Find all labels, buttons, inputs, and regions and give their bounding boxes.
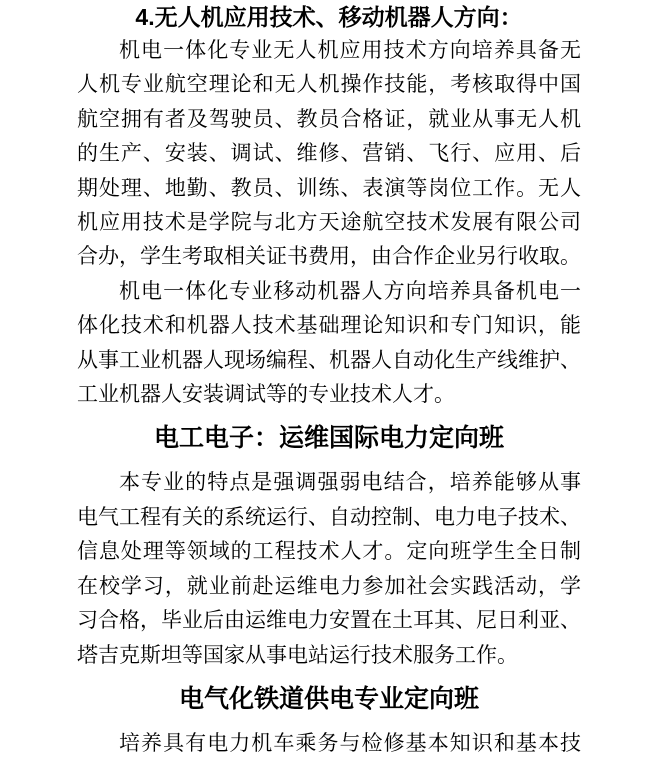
section-heading: 电工电子：运维国际电力定向班 [77,420,581,456]
text-line: 人机专业航空理论和无人机操作技能，考核取得中国 [77,68,581,102]
document-title: 4.无人机应用技术、移动机器人方向： [77,0,581,34]
text-line: 期处理、地勤、教员、训练、表演等岗位工作。无人 [77,172,581,206]
text-line: 合办，学生考取相关证书费用，由合作企业另行收取。 [77,240,581,274]
text-line: 体化技术和机器人技术基础理论知识和专门知识，能 [77,309,581,343]
text-line: 信息处理等领域的工程技术人才。定向班学生全日制 [77,535,581,569]
paragraph: 培养具有电力机车乘务与检修基本知识和基本技 [77,727,581,761]
text-line: 塔吉克斯坦等国家从事电站运行技术服务工作。 [77,639,581,673]
text-line: 本专业的特点是强调强弱电结合，培养能够从事 [77,466,581,500]
paragraph: 机电一体化专业移动机器人方向培养具备机电一体化技术和机器人技术基础理论知识和专门… [77,275,581,413]
text-line: 培养具有电力机车乘务与检修基本知识和基本技 [77,727,581,761]
text-line: 电气工程有关的系统运行、自动控制、电力电子技术、 [77,501,581,535]
text-line: 机应用技术是学院与北方天途航空技术发展有限公司 [77,206,581,240]
document-page: 4.无人机应用技术、移动机器人方向：机电一体化专业无人机应用技术方向培养具备无人… [77,0,581,761]
text-line: 的生产、安装、调试、维修、营销、飞行、应用、后 [77,137,581,171]
text-line: 机电一体化专业无人机应用技术方向培养具备无 [77,34,581,68]
paragraph: 机电一体化专业无人机应用技术方向培养具备无人机专业航空理论和无人机操作技能，考核… [77,34,581,275]
text-line: 习合格，毕业后由运维电力安置在土耳其、尼日利亚、 [77,604,581,638]
text-line: 航空拥有者及驾驶员、教员合格证，就业从事无人机 [77,103,581,137]
text-line: 机电一体化专业移动机器人方向培养具备机电一 [77,275,581,309]
paragraph: 本专业的特点是强调强弱电结合，培养能够从事电气工程有关的系统运行、自动控制、电力… [77,466,581,672]
text-line: 从事工业机器人现场编程、机器人自动化生产线维护、 [77,344,581,378]
text-line: 工业机器人安装调试等的专业技术人才。 [77,378,581,412]
text-line: 在校学习，就业前赴运维电力参加社会实践活动，学 [77,570,581,604]
section-heading: 电气化铁道供电专业定向班 [77,681,581,717]
